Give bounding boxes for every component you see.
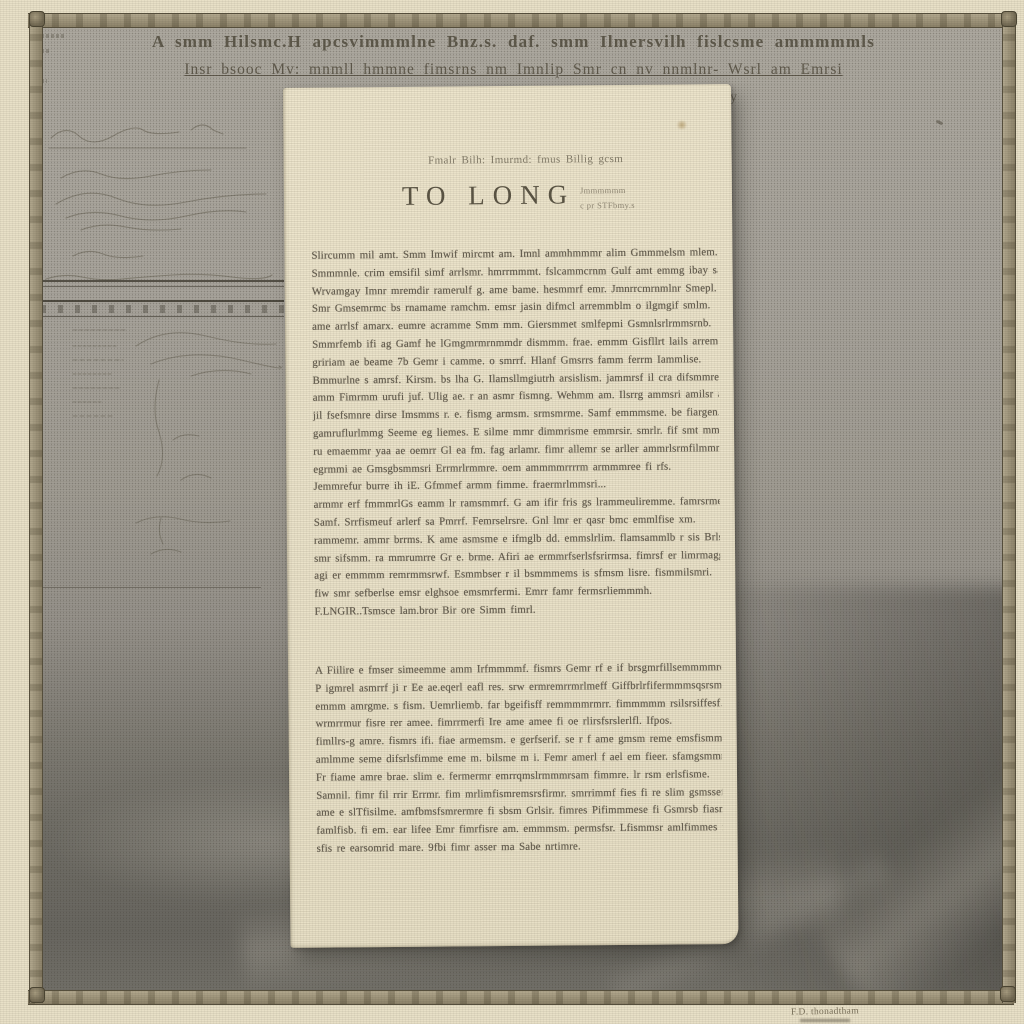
frame-corner-knob <box>29 987 45 1003</box>
frame-rail-left <box>29 13 43 1003</box>
text-line: famlfisb. fi em. ear lifee Emr fimrfisre… <box>316 819 722 840</box>
paragraph-block-1: Slircumm mil amt. Smm Imwif mircmt am. I… <box>311 244 720 621</box>
frame-rail-right <box>1002 13 1016 1003</box>
frame-rail-top <box>28 13 1014 28</box>
fabric-fold-highlight <box>806 717 1002 990</box>
mat-caption-smudge <box>800 1019 850 1022</box>
margin-scribble <box>41 34 65 38</box>
page-title: TO LONG <box>402 179 576 211</box>
title-side-notes: Jmmmmmmc pr STFbmy.s <box>580 182 700 213</box>
paper-stain <box>675 120 688 129</box>
text-line: c pr STFbmy.s <box>580 197 700 213</box>
frame-rail-bottom <box>28 990 1014 1005</box>
rule-line <box>41 286 284 287</box>
text-line: Jmmmmmm <box>580 182 700 198</box>
document-page: Fmalr Bilh: Imurmd: fmus Billig gcsm TO … <box>283 84 738 948</box>
text-line: agi er emmmm remrmmsrwf. Esmmbser r il b… <box>314 565 720 586</box>
handwriting-marks-upper <box>41 116 284 286</box>
board-header-line-1: A smm Hilsmc.H apcsvimmmlne Bnz.s. daf. … <box>61 32 966 52</box>
mat-caption: F.D. thonadtham <box>791 1006 859 1017</box>
panel-divider-ruling <box>41 280 284 588</box>
rule-line <box>41 316 284 317</box>
board-header-line-2: Insr bsooc Mv: mnmll hmmne fimsrns nm Im… <box>61 61 966 79</box>
rule-line <box>41 587 261 588</box>
rule-line <box>41 300 284 302</box>
title-row: TO LONG Jmmmmmmc pr STFbmy.s <box>402 178 702 225</box>
frame-corner-knob <box>1001 11 1017 27</box>
rule-line <box>41 280 284 282</box>
fabric-fleck <box>936 120 944 126</box>
text-line: F.LNGIR..Tsmsce lam.bror Bir ore Simm fi… <box>315 600 721 621</box>
rule-ticks <box>41 305 284 313</box>
page-kicker-line: Fmalr Bilh: Imurmd: fmus Billig gcsm <box>328 152 724 167</box>
margin-scribbles <box>41 34 69 109</box>
frame-corner-knob <box>1000 986 1016 1002</box>
text-line: sfis re earsomrid mare. 9fbi fimr asser … <box>317 837 723 858</box>
photo-of-framed-document: A smm Hilsmc.H apcsvimmmlne Bnz.s. daf. … <box>0 0 1024 1024</box>
paragraph-block-2: A Fiilire e fmser simeemme amm Irfmmmmf.… <box>315 659 723 858</box>
frame-corner-knob <box>29 11 45 27</box>
